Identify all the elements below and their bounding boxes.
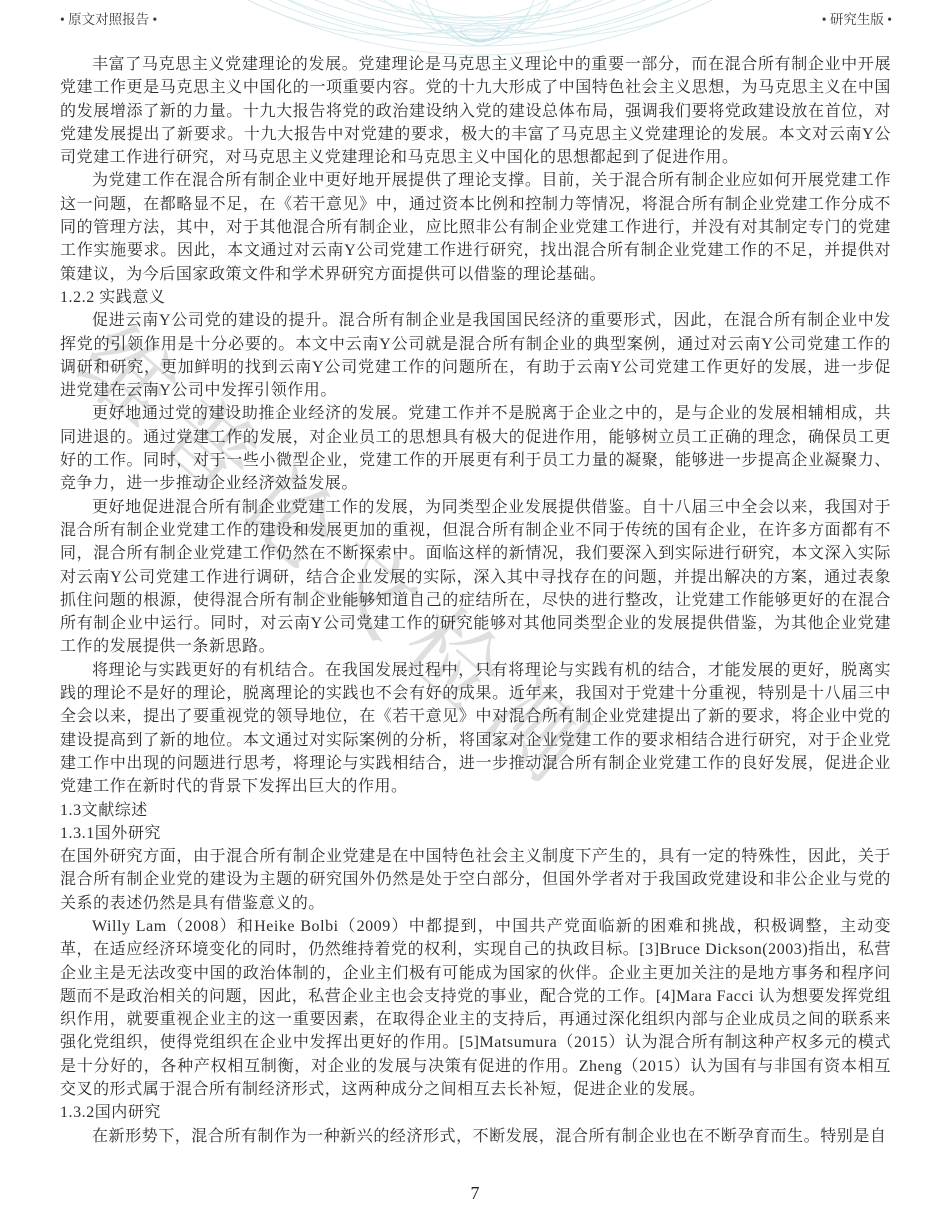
paragraph: 在新形势下，混合所有制作为一种新兴的经济形式，不断发展，混合所有制企业也在不断孕… <box>60 1125 891 1148</box>
paragraph: 更好地通过党的建设助推企业经济的发展。党建工作并不是脱离于企业之中的，是与企业的… <box>60 402 891 495</box>
paragraph: 在国外研究方面，由于混合所有制企业党建是在中国特色社会主义制度下产生的，具有一定… <box>60 845 891 915</box>
section-heading: 1.3.1国外研究 <box>60 822 891 845</box>
paragraph: 促进云南Y公司党的建设的提升。混合所有制企业是我国国民经济的重要形式，因此，在混… <box>60 309 891 402</box>
paragraph: 为党建工作在混合所有制企业中更好地开展提供了理论支撑。目前，关于混合所有制企业应… <box>60 169 891 285</box>
paragraph: Willy Lam（2008）和Heike Bolbi（2009）中都提到，中国… <box>60 915 891 1101</box>
section-heading: 1.2.2 实践意义 <box>60 286 891 309</box>
paragraph: 丰富了马克思主义党建理论的发展。党建理论是马克思主义理论中的重要一部分，而在混合… <box>60 53 891 169</box>
section-heading: 1.3.2国内研究 <box>60 1101 891 1124</box>
paragraph: 将理论与实践更好的有机结合。在我国发展过程中，只有将理论与实践有机的结合，才能发… <box>60 659 891 799</box>
report-header: • 原文对照报告 • • 研究生版 • <box>60 8 892 28</box>
report-type-label: • 原文对照报告 • <box>60 8 157 28</box>
report-edition-label: • 研究生版 • <box>822 8 892 28</box>
document-body: 丰富了马克思主义党建理论的发展。党建理论是马克思主义理论中的重要一部分，而在混合… <box>60 53 891 1148</box>
section-heading: 1.3文献综述 <box>60 799 891 822</box>
page-number: 7 <box>0 1183 950 1204</box>
paragraph: 更好地促进混合所有制企业党建工作的发展，为同类型企业发展提供借鉴。自十八届三中全… <box>60 496 891 659</box>
